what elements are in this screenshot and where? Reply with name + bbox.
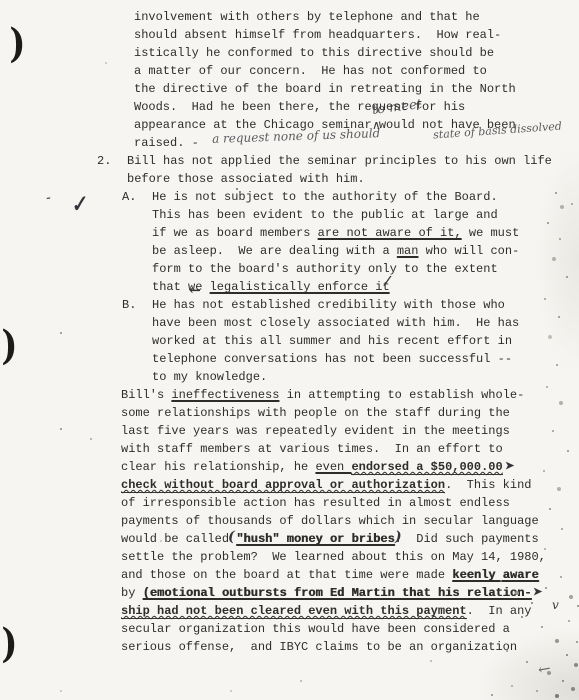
handwritten-arrow-after-amount: ➤ (505, 459, 514, 472)
margin-paren-mark-bottom: ) (1, 620, 17, 667)
text-line: the directive of the board in retreating… (0, 80, 579, 98)
handwritten-close-paren-hush: ) (395, 529, 402, 545)
text-line: and those on the board at that time were… (0, 566, 579, 584)
text-line: telephone conversations has not been suc… (0, 350, 579, 368)
text-line: by (emotional outbursts from Ed Martin t… (0, 584, 579, 602)
text-line: last five years was repeatedly evident i… (0, 422, 579, 440)
line-text: a matter of our concern. He has not conf… (134, 62, 579, 80)
line-text: last five years was repeatedly evident i… (121, 422, 579, 440)
line-text: ship had not been cleared even with this… (121, 602, 579, 620)
text-line: Woods. Had he been there, the request fo… (0, 98, 579, 116)
text-line: to my knowledge. (0, 368, 579, 386)
text-line: of irresponsible action has resulted in … (0, 494, 579, 512)
line-text: He is not subject to the authority of th… (152, 188, 579, 206)
line-text: serious offense, and IBYC claims to be a… (121, 638, 579, 656)
text-line: Bill's ineffectiveness in attempting to … (0, 386, 579, 404)
line-text: secular organization this would have bee… (121, 620, 579, 638)
line-text: settle the problem? We learned about thi… (121, 548, 579, 566)
text-line: secular organization this would have bee… (0, 620, 579, 638)
line-text: istically he conformed to this directive… (134, 44, 579, 62)
text-line: a matter of our concern. He has not conf… (0, 62, 579, 80)
list-marker: 2. (97, 152, 111, 170)
line-text: Bill has not applied the seminar princip… (127, 152, 579, 170)
text-line: with staff members at various times. In … (0, 440, 579, 458)
line-text: before those associated with him. (127, 170, 579, 188)
line-text: This has been evident to the public at l… (152, 206, 579, 224)
handwritten-left-arrow: ← (189, 283, 201, 299)
line-text: He has not established credibility with … (152, 296, 579, 314)
text-line: that we legalistically enforce it (0, 278, 579, 296)
handwritten-open-paren-hush: ( (228, 529, 235, 545)
line-text: and those on the board at that time were… (121, 566, 579, 584)
text-line: ship had not been cleared even with this… (0, 602, 579, 620)
list-marker: B. (122, 296, 136, 314)
margin-paren-mark-middle: ) (1, 322, 17, 369)
bottom-right-arrow-mark: ← (537, 659, 553, 679)
line-text: payments of thousands of dollars which i… (121, 512, 579, 530)
text-line: 2.Bill has not applied the seminar princ… (0, 152, 579, 170)
line-text: should absent himself from headquarters.… (134, 26, 579, 44)
right-margin-tick: v (552, 598, 559, 612)
text-line: settle the problem? We learned about thi… (0, 548, 579, 566)
text-line: some relationships with people on the st… (0, 404, 579, 422)
margin-paren-mark-top: ) (9, 20, 25, 67)
list-marker: A. (122, 188, 136, 206)
line-text: with staff members at various times. In … (121, 440, 579, 458)
scan-noise-speckles (0, 0, 2, 2)
line-text: check without board approval or authoriz… (121, 476, 579, 494)
text-line: B.He has not established credibility wit… (0, 296, 579, 314)
line-text: form to the board's authority only to th… (152, 260, 579, 278)
text-line: clear his relationship, he even endorsed… (0, 458, 579, 476)
text-line: be asleep. We are dealing with a man who… (0, 242, 579, 260)
line-text: worked at this all summer and his recent… (152, 332, 579, 350)
scanned-document-page: involvement with others by telephone and… (0, 0, 579, 700)
line-text: some relationships with people on the st… (121, 404, 579, 422)
line-text: that we legalistically enforce it (152, 278, 579, 296)
line-text: of irresponsible action has resulted in … (121, 494, 579, 512)
line-text: to my knowledge. (152, 368, 579, 386)
text-line: would be called "hush" money or bribes. … (0, 530, 579, 548)
text-line: have been most closely associated with h… (0, 314, 579, 332)
line-text: be asleep. We are dealing with a man who… (152, 242, 579, 260)
line-text: by (emotional outbursts from Ed Martin t… (121, 584, 579, 602)
line-text: Woods. Had he been there, the request fo… (134, 98, 579, 116)
text-line: check without board approval or authoriz… (0, 476, 579, 494)
line-text: would be called "hush" money or bribes. … (121, 530, 579, 548)
line-text: involvement with others by telephone and… (134, 8, 579, 26)
text-line: serious offense, and IBYC claims to be a… (0, 638, 579, 656)
text-line: form to the board's authority only to th… (0, 260, 579, 278)
line-text: telephone conversations has not been suc… (152, 350, 579, 368)
line-text: the directive of the board in retreating… (134, 80, 579, 98)
handwritten-arrow-relation-line: ➤ (533, 585, 542, 598)
text-line: should absent himself from headquarters.… (0, 26, 579, 44)
line-text: Bill's ineffectiveness in attempting to … (121, 386, 579, 404)
text-line: if we as board members are not aware of … (0, 224, 579, 242)
text-line: worked at this all summer and his recent… (0, 332, 579, 350)
text-line: involvement with others by telephone and… (0, 8, 579, 26)
text-line: before those associated with him. (0, 170, 579, 188)
line-text: have been most closely associated with h… (152, 314, 579, 332)
text-line: payments of thousands of dollars which i… (0, 512, 579, 530)
text-line: istically he conformed to this directive… (0, 44, 579, 62)
line-text: if we as board members are not aware of … (152, 224, 579, 242)
